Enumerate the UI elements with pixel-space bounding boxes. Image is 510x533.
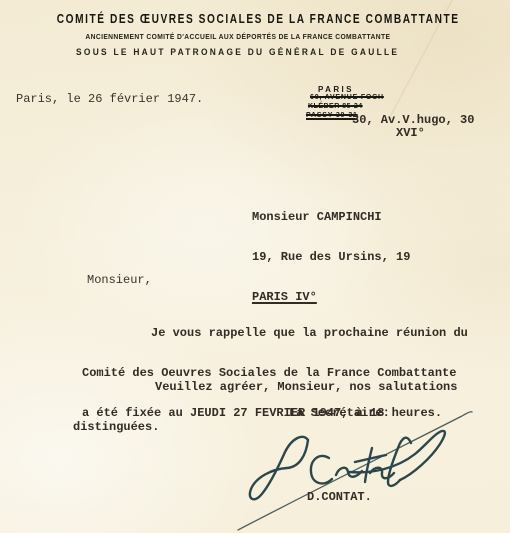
struck-phone-line-2: PASSY 30-31: [306, 112, 358, 119]
signature-scrawl: [250, 431, 445, 499]
letterhead: COMITÉ DES ŒUVRES SOCIALES DE LA FRANCE …: [0, 11, 510, 59]
district-label: XVI°: [396, 127, 425, 140]
dateline: Paris, le 26 février 1947.: [16, 93, 203, 106]
recipient-name: Monsieur CAMPINCHI: [252, 211, 410, 224]
salutation: Monsieur,: [87, 274, 152, 287]
letterhead-patronage: SOUS LE HAUT PATRONAGE DU GÉNÉRAL DE GAU…: [76, 48, 399, 58]
paragraph-line: Je vous rappelle que la prochaine réunio…: [82, 327, 468, 340]
letterhead-title: COMITÉ DES ŒUVRES SOCIALES DE LA FRANCE …: [57, 12, 460, 25]
struck-street-line: 60, AVENUE FOCH: [310, 94, 384, 101]
typed-signature-name: D.CONTAT.: [307, 491, 372, 504]
handwritten-signature: [225, 390, 510, 533]
struck-phone-line: KLÉBER 85-24: [308, 103, 363, 110]
letterhead-subtitle: ANCIENNEMENT COMITÉ D'ACCUEIL AUX DÉPORT…: [86, 34, 391, 41]
recipient-street: 19, Rue des Ursins, 19: [252, 251, 410, 264]
letter-page: COMITÉ DES ŒUVRES SOCIALES DE LA FRANCE …: [0, 0, 510, 533]
sender-city-label: PARIS: [318, 85, 354, 94]
